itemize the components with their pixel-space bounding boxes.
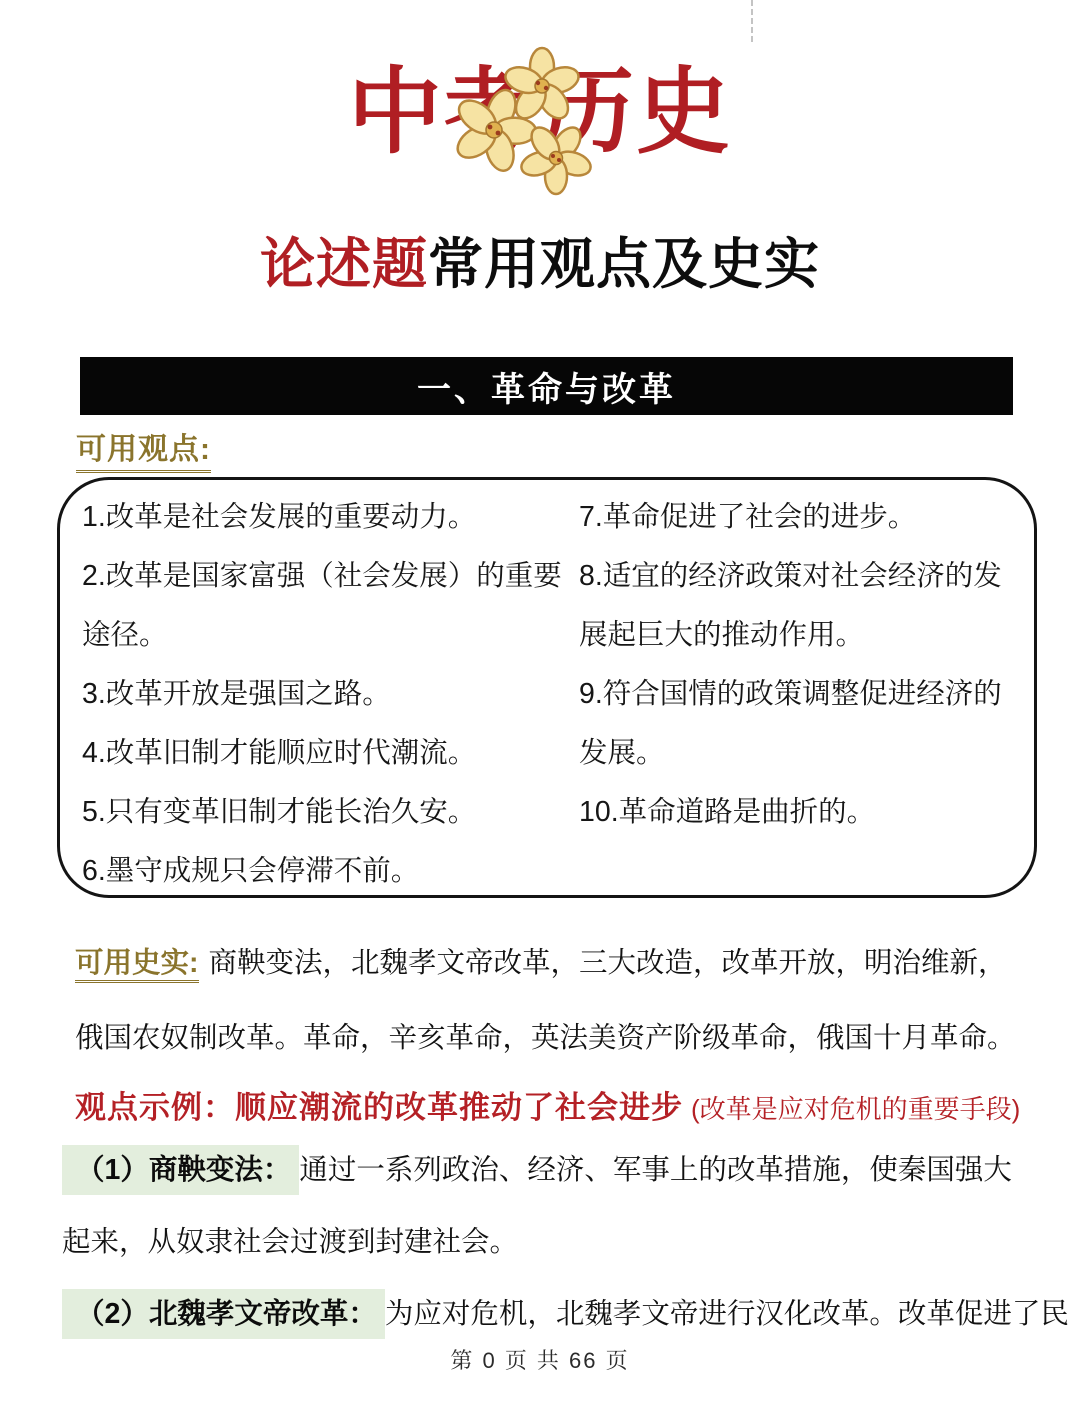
example-item-1: （1）商鞅变法：通过一系列政治、经济、军事上的改革措施，使秦国强大起来，从奴隶社… xyxy=(62,1134,1037,1278)
page-crease-line xyxy=(751,0,753,42)
subtitle-red-part: 论述题 xyxy=(260,233,428,295)
viewpoints-left-column: 1.改革是社会发展的重要动力。 2.改革是国家富强（社会发展）的重要途径。 3.… xyxy=(82,488,579,895)
document-subtitle: 论述题常用观点及史实 xyxy=(0,226,1080,303)
facts-label: 可用史实: xyxy=(75,947,199,983)
example-heading: 观点示例：顺应潮流的改革推动了社会进步(改革是应对危机的重要手段) xyxy=(75,1082,1055,1127)
page-number-footer: 第 0 页 共 66 页 xyxy=(0,1344,1080,1375)
example-item-2-label: （2）北魏孝文帝改革： xyxy=(62,1289,385,1339)
example-main: 顺应潮流的改革推动了社会进步 xyxy=(235,1090,683,1125)
viewpoint-item: 3.改革开放是强国之路。 xyxy=(82,665,579,724)
viewpoints-label: 可用观点: xyxy=(76,424,211,473)
document-header: 中考历史 xyxy=(0,58,1080,166)
example-note: (改革是应对危机的重要手段) xyxy=(691,1094,1020,1124)
page-title: 中考历史 xyxy=(348,58,732,166)
example-item-1-label: （1）商鞅变法： xyxy=(62,1145,299,1195)
example-label: 观点示例： xyxy=(75,1090,235,1125)
viewpoint-item: 7.革命促进了社会的进步。 xyxy=(579,488,1024,547)
facts-text: 商鞅变法，北魏孝文帝改革，三大改造，改革开放，明治维新，俄国农奴制改革。革命，辛… xyxy=(75,947,1016,1054)
viewpoints-right-column: 7.革命促进了社会的进步。 8.适宜的经济政策对社会经济的发展起巨大的推动作用。… xyxy=(579,488,1024,895)
viewpoint-item: 2.改革是国家富强（社会发展）的重要途径。 xyxy=(82,547,579,665)
viewpoint-item: 1.改革是社会发展的重要动力。 xyxy=(82,488,579,547)
example-item-2-text: 为应对危机，北魏孝文帝进行汉化改革。改革促进了民 xyxy=(385,1298,1069,1330)
example-item-2: （2）北魏孝文帝改革：为应对危机，北魏孝文帝进行汉化改革。改革促进了民 xyxy=(62,1278,1037,1350)
viewpoint-item: 4.改革旧制才能顺应时代潮流。 xyxy=(82,724,579,783)
document-page: 中考历史 xyxy=(0,0,1080,1411)
viewpoint-item: 5.只有变革旧制才能长治久安。 xyxy=(82,783,579,842)
viewpoints-box: 1.改革是社会发展的重要动力。 2.改革是国家富强（社会发展）的重要途径。 3.… xyxy=(57,477,1037,898)
viewpoint-item: 8.适宜的经济政策对社会经济的发展起巨大的推动作用。 xyxy=(579,547,1024,665)
viewpoint-item: 9.符合国情的政策调整促进经济的发展。 xyxy=(579,665,1024,783)
subtitle-black-part: 常用观点及史实 xyxy=(428,233,820,295)
facts-paragraph: 可用史实:商鞅变法，北魏孝文帝改革，三大改造，改革开放，明治维新，俄国农奴制改革… xyxy=(75,926,1023,1076)
viewpoint-item: 10.革命道路是曲折的。 xyxy=(579,783,1024,842)
section-banner: 一、革命与改革 xyxy=(80,357,1013,415)
viewpoint-item: 6.墨守成规只会停滞不前。 xyxy=(82,842,579,901)
